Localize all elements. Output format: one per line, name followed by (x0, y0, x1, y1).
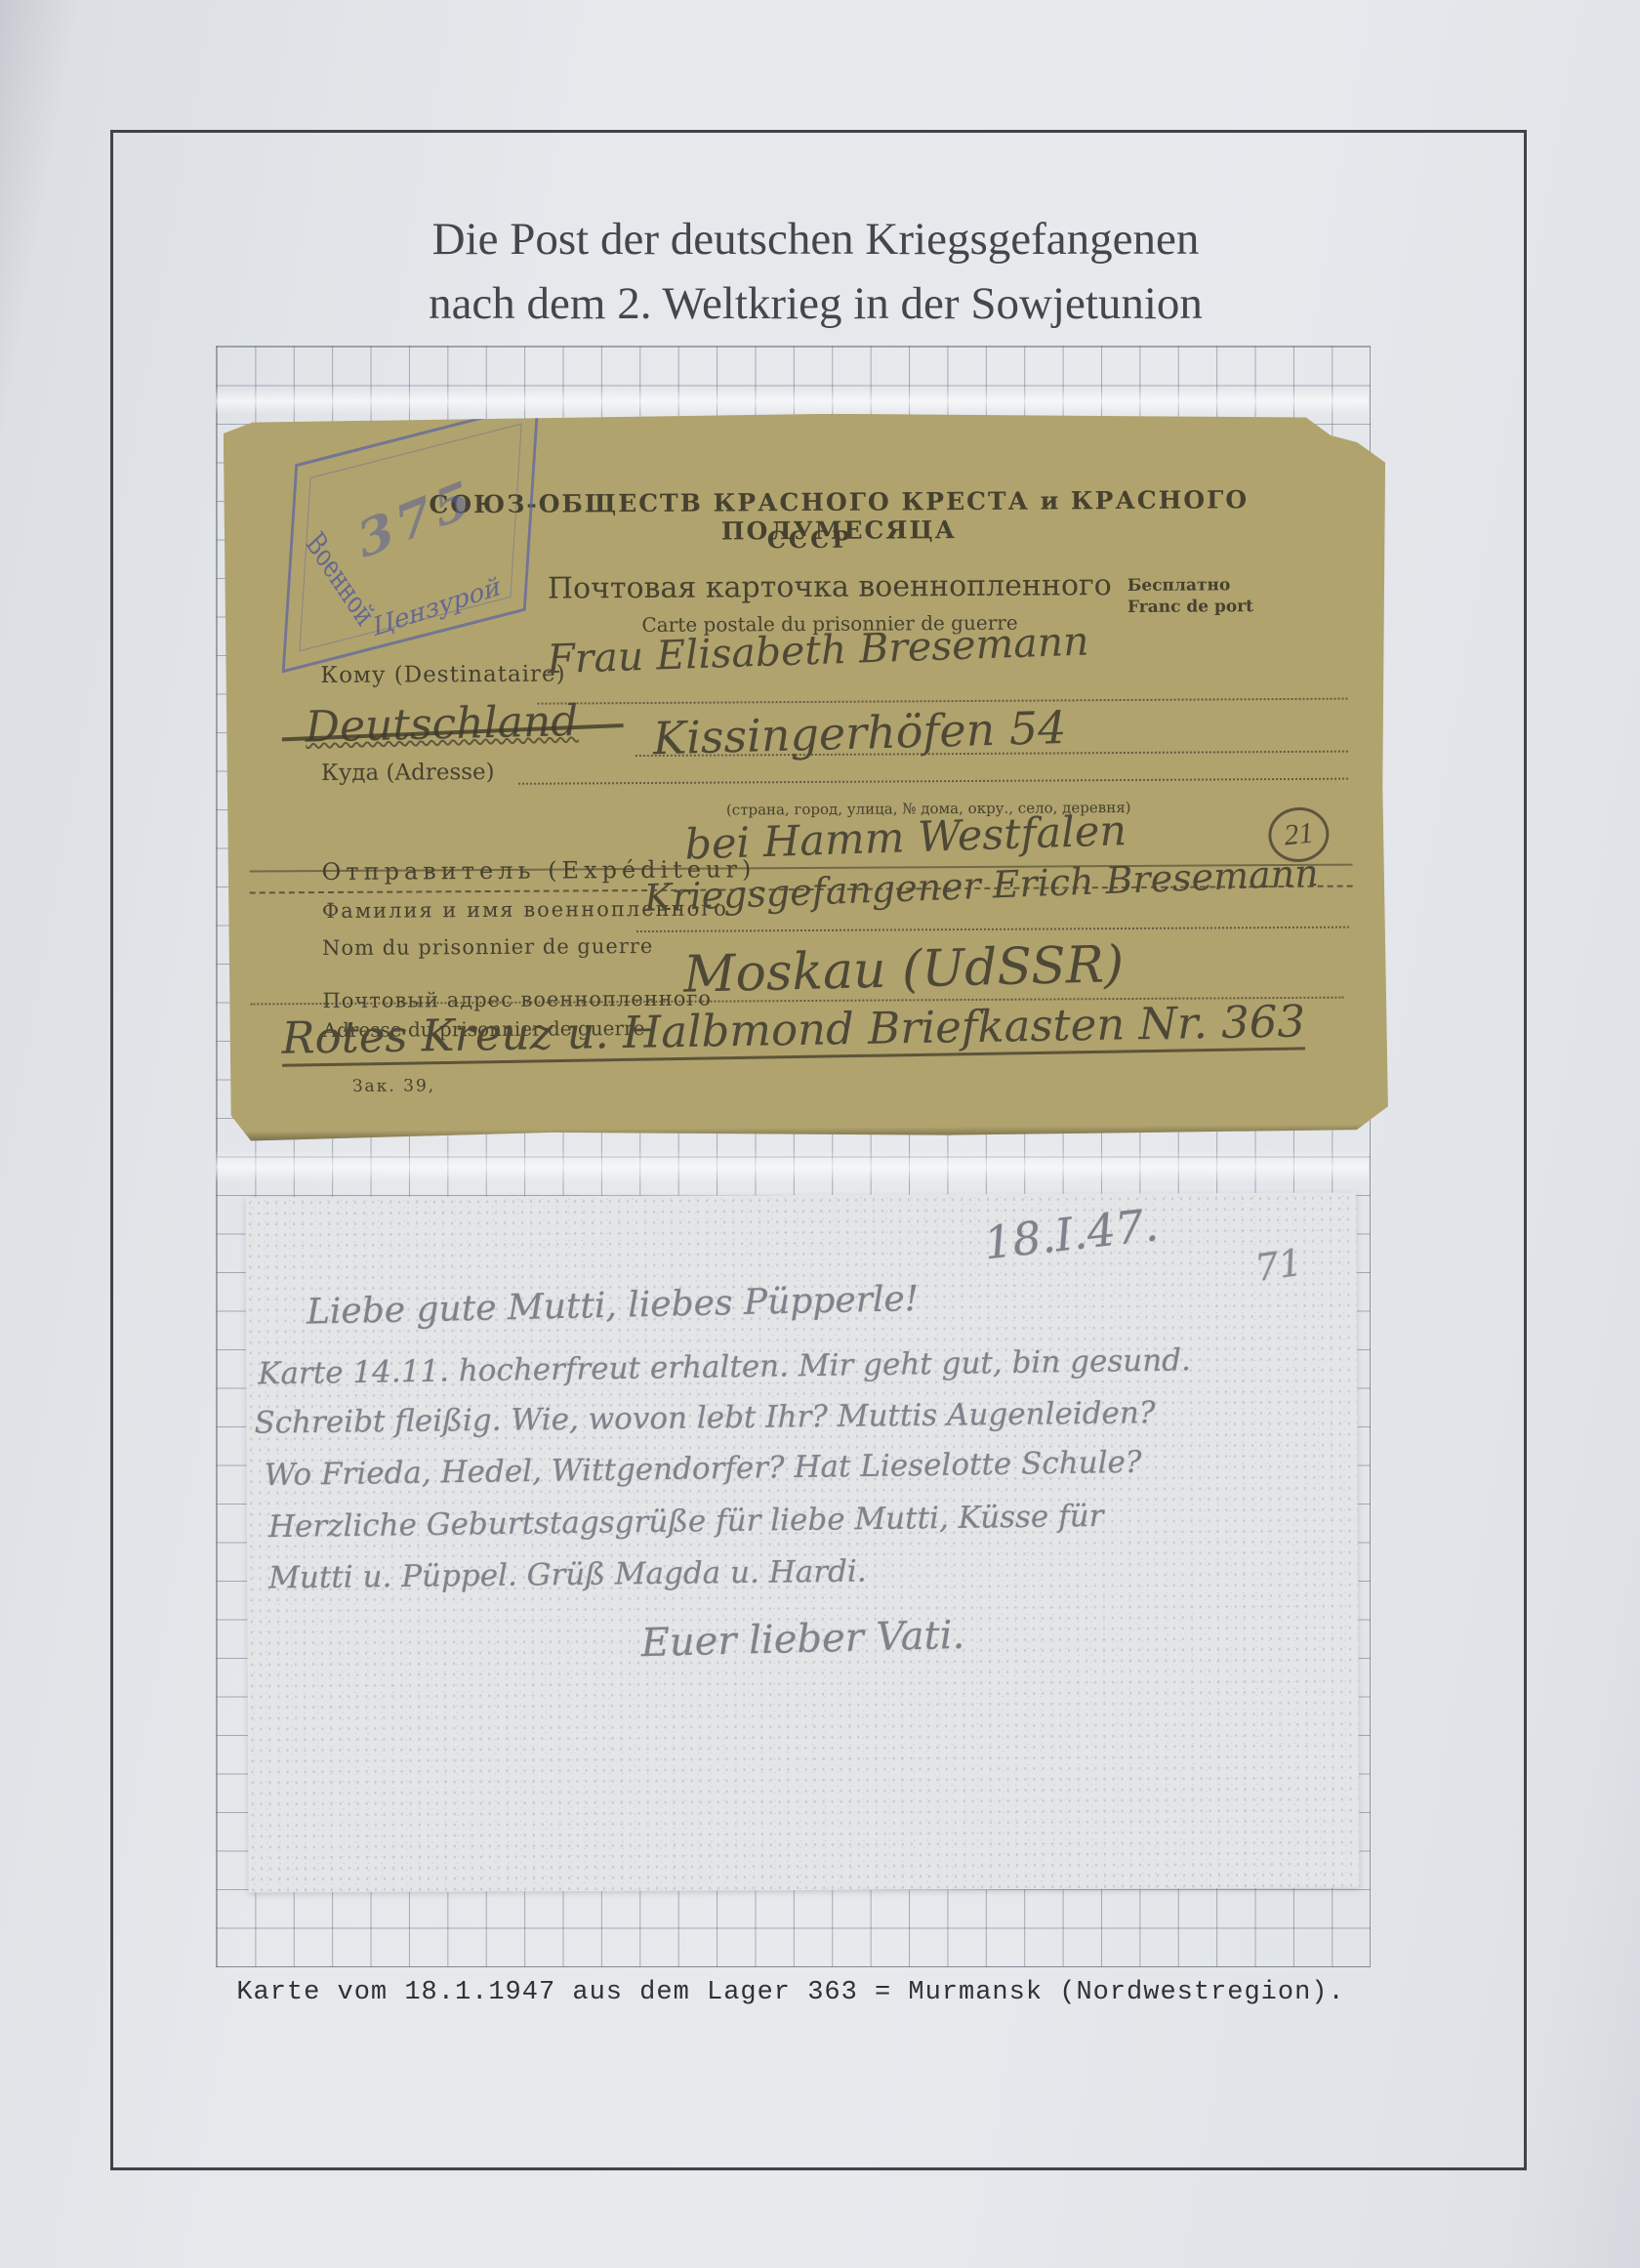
address-label: Куда (Adresse) (321, 760, 495, 786)
page-title-line2: nach dem 2. Weltkrieg in der Sowjetunion (110, 271, 1521, 336)
message-line: Karte 14.11. hocherfreut erhalten. Mir g… (258, 1342, 1191, 1391)
free-post-russian: Бесплатно (1127, 575, 1231, 596)
card-type-russian: Почтовая карточка военнопленного (537, 568, 1123, 606)
message-line: Wo Frieda, Hedel, Wittgendorfer? Hat Lie… (264, 1445, 1141, 1493)
exhibit-caption: Karte vom 18.1.1947 aus dem Lager 363 = … (98, 1978, 1484, 2007)
sender-name-rule (636, 927, 1349, 932)
message-line: Liebe gute Mutti, liebes Püpperle! (307, 1279, 920, 1333)
country-handwritten: Deutschland (305, 696, 579, 753)
addressee-label: Кому (Destinataire) (320, 662, 565, 689)
sender-city-handwritten: Moskau (UdSSR) (683, 935, 1125, 1005)
military-censor-stamp: 375 Военной Цензурой (282, 401, 540, 673)
printers-imprint: Зак. 39, (352, 1076, 435, 1096)
address-handwritten: Kissingerhöfen 54 (652, 701, 1067, 764)
message-card: 18.I.47. 71 Liebe gute Mutti, liebes Püp… (245, 1193, 1359, 1893)
message-date-handwritten: 18.I.47. (981, 1198, 1161, 1269)
pow-postcard: 375 Военной Цензурой СОЮЗ-ОБЩЕСТВ КРАСНО… (224, 410, 1390, 1140)
page-title: Die Post der deutschen Kriegsgefangenen … (110, 207, 1521, 336)
message-line: Mutti u. Püppel. Grüß Magda u. Hardi. (268, 1554, 867, 1596)
address-rule (518, 778, 1348, 785)
message-line: Schreibt fleißig. Wie, wovon lebt Ihr? M… (254, 1395, 1155, 1440)
message-line: Herzliche Geburtstagsgrüße für liebe Mut… (268, 1499, 1104, 1545)
free-post-french: Franc de port (1127, 597, 1253, 617)
album-page-number-pencil: 71 (1252, 1241, 1305, 1290)
page-title-line1: Die Post der deutschen Kriegsgefangenen (110, 207, 1521, 271)
message-signature: Euer lieber Vati. (247, 1603, 1359, 1676)
sender-name-label-french: Nom du prisonnier de guerre (322, 934, 653, 960)
